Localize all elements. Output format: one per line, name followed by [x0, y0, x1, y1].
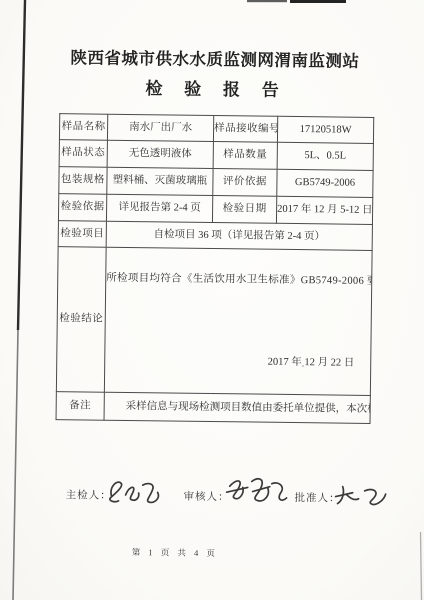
remark-text: 采样信息与现场检测项目数值由委托单位提供，本次检测结果仅对来样负责。 — [104, 392, 370, 423]
table-row: 检验项目 自检项目 36 项（详见报告第 2-4 页） — [58, 221, 372, 251]
packaging-label: 包装规格 — [59, 167, 107, 195]
remark-label: 备注 — [56, 392, 104, 421]
station-title: 陕西省城市供水水质监测网渭南监测站 — [3, 43, 424, 72]
table-row: 检验依据 详见报告第 2-4 页 检验日期 2017 年 12 月 5-12 日 — [58, 194, 372, 225]
page-indicator: 第 1 页 共 4 页 — [0, 544, 387, 561]
sample-name-value: 南水厂出厂水 — [107, 114, 213, 141]
sample-name-label: 样品名称 — [59, 114, 107, 141]
inspection-date-label: 检验日期 — [212, 196, 276, 224]
report-title: 检 验 报 告 — [2, 72, 424, 102]
table-row: 包装规格 塑料桶、灭菌玻璃瓶 评价依据 GB5749-2006 — [59, 167, 373, 198]
table-row: 样品状态 无色透明液体 样品数量 5L、0.5L — [59, 140, 373, 171]
sample-quantity-label: 样品数量 — [213, 142, 277, 170]
inspection-items-label: 检验项目 — [58, 221, 106, 248]
signature-row: 主检人： 审核人： 批准人： — [0, 477, 422, 532]
inspector-signature — [99, 473, 163, 514]
inspection-basis-value: 详见报告第 2-4 页 — [106, 194, 212, 222]
conclusion-date: 2017 年 12 月 22 日 — [105, 355, 370, 370]
inspection-date-value: 2017 年 12 月 5-12 日 — [276, 196, 372, 224]
conclusion-cell: 所检项目均符合《生活饮用水卫生标准》GB5749-2006 要求。 2017 年… — [104, 247, 372, 395]
conclusion-label: 检验结论 — [56, 247, 106, 393]
table-row: 样品名称 南水厂出厂水 样品接收编号 17120518W — [59, 114, 373, 144]
packaging-value: 塑料桶、灭菌玻璃瓶 — [107, 167, 213, 195]
sample-state-value: 无色透明液体 — [107, 140, 213, 168]
reviewer-signature — [219, 468, 290, 515]
inspection-basis-label: 检验依据 — [58, 194, 106, 222]
approver-signature — [329, 479, 389, 512]
conclusion-statement: 所检项目均符合《生活饮用水卫生标准》GB5749-2006 要求。 — [106, 273, 371, 288]
sample-info-table: 样品名称 南水厂出厂水 样品接收编号 17120518W 样品状态 无色透明液体… — [56, 113, 375, 424]
table-row: 备注 采样信息与现场检测项目数值由委托单位提供，本次检测结果仅对来样负责。 — [56, 392, 370, 424]
receipt-number-label: 样品接收编号 — [213, 116, 277, 143]
inspection-items-value: 自检项目 36 项（详见报告第 2-4 页） — [106, 221, 372, 250]
receipt-number-value: 17120518W — [277, 116, 373, 143]
sample-quantity-value: 5L、0.5L — [277, 142, 373, 170]
report-content: 陕西省城市供水水质监测网渭南监测站 检 验 报 告 样品名称 南水厂出厂水 样品… — [0, 0, 424, 600]
table-row: 检验结论 所检项目均符合《生活饮用水卫生标准》GB5749-2006 要求。 2… — [56, 247, 372, 396]
evaluation-basis-value: GB5749-2006 — [277, 169, 373, 197]
scanned-report-page: 陕西省城市供水水质监测网渭南监测站 检 验 报 告 样品名称 南水厂出厂水 样品… — [0, 0, 424, 600]
sample-state-label: 样品状态 — [59, 140, 107, 168]
evaluation-basis-label: 评价依据 — [213, 169, 277, 197]
